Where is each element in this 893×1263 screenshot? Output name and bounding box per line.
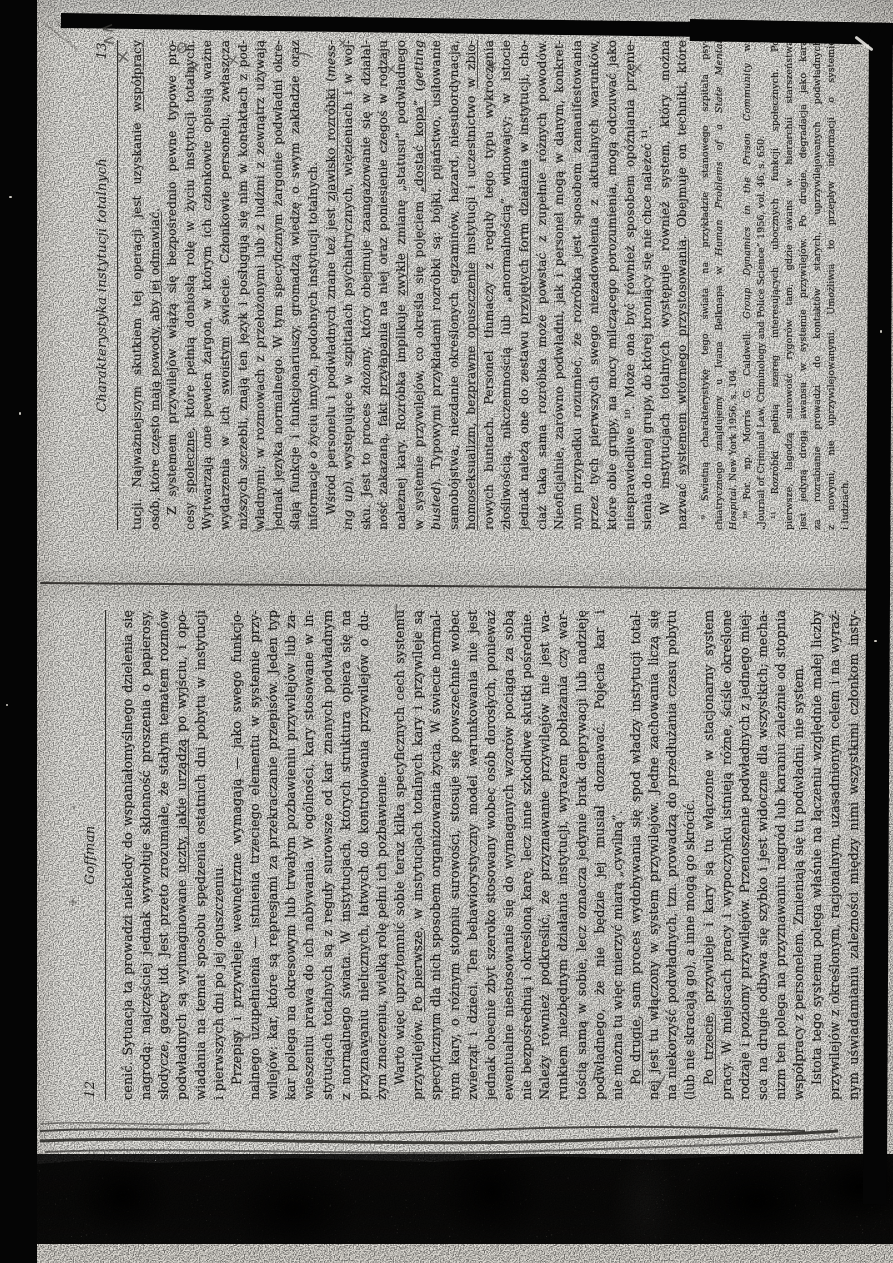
text-line: ing up), występujące w szpitalach psychi… <box>339 40 357 530</box>
scanner-border-left <box>0 0 37 1263</box>
footnotes-block: ⁹ Świetną charakterystykę tego świata na… <box>699 40 853 530</box>
text-line: Po drugie, sam proces wydobywania się sp… <box>628 610 646 1100</box>
text-line: informacje o życiu innych, podobnych ins… <box>304 40 322 530</box>
text-line: i pierwszych dni po jej opuszczeniu. <box>211 610 229 1100</box>
running-head-title: Goffman <box>83 610 98 1100</box>
text-line: współpracy z personelem. Zmieniają się t… <box>791 610 809 1100</box>
text-line: i ludziach. <box>839 40 853 530</box>
text-line: wiadania na temat sposobu spędzenia osta… <box>193 610 211 1100</box>
page-body-text: cenić. Sytuacja ta prowadzi niekiedy do … <box>120 610 864 1100</box>
text-line: przyznawaniu nielicznych, łatwych do kon… <box>356 610 374 1100</box>
text-line: Wytwarzają one pewien żargon, w którym i… <box>198 40 216 530</box>
text-line: władnymi; w rozmowach z przełożonymi lub… <box>251 40 269 530</box>
text-line: pierwsze, łagodzą surowość rygorów tam, … <box>783 40 797 530</box>
running-head-title: Charakterystyka instytucji totalnych <box>95 40 110 530</box>
text-line: kar polega na okresowym lub trwałym pozb… <box>283 610 301 1100</box>
border-dust-speck <box>19 412 21 415</box>
text-line: ciaż taka sama rozróbka może powstać z z… <box>533 40 551 530</box>
scan-dark-texture-band <box>37 1154 893 1247</box>
text-line: cenić. Sytuacja ta prowadzi niekiedy do … <box>120 610 138 1100</box>
text-line: podwładnego, że nie będzie jej musiał do… <box>592 610 610 1100</box>
text-line: złośliwością, nikczemnością lub „anormal… <box>497 40 515 530</box>
text-line: jednak obecnie zbyt szeroko stosowany wo… <box>483 610 501 1100</box>
text-line: wieszeniu prawa do ich nabywania. W ogól… <box>301 610 319 1100</box>
text-line: nie można tu więc mierzyć miarą „cywilną… <box>610 610 628 1100</box>
page-right: Charakterystyka instytucji totalnych 13 … <box>95 40 860 530</box>
text-line: jest jedyną drogą awansu w systemie przy… <box>797 40 811 530</box>
text-line: nym kary, o różnym stopniu surowości, st… <box>447 610 465 1100</box>
text-line: żym znaczeniu, wielką rolę pełni ich poz… <box>374 610 392 1100</box>
text-line: nym przypadku rozumieć, że rozróbka jest… <box>568 40 586 530</box>
border-dust-speck <box>6 704 8 706</box>
text-line: Hospital. New York 1956, s. 104. <box>727 40 741 530</box>
text-line: nym uświadamianiu zależności między nimi… <box>846 610 864 1100</box>
text-line: nizm ten polega na przyznawaniu nagród l… <box>773 610 791 1100</box>
text-line: ¹⁰ Por. np. Morris G. Caldwell: Group Dy… <box>741 40 755 530</box>
text-line: podwładnych są wyimaginowane uczty, jaki… <box>174 610 192 1100</box>
scan-bottom-margin <box>37 1244 893 1263</box>
text-line: za rozrabianie prowadzi do kontaktów sta… <box>811 40 825 530</box>
text-line: zwierząt i dzieci. Ten behawiorystyczny … <box>465 610 483 1100</box>
running-head-rule <box>117 40 118 530</box>
text-line: jednak należą one do zestawu przyjętych … <box>515 40 533 530</box>
text-line: rowych buntach. Personel tłumaczy z regu… <box>480 40 498 530</box>
text-line: (lub nie skracają go), a inne mogą go sk… <box>682 610 700 1100</box>
text-line: tością samą w sobie, lecz oznacza jedyni… <box>574 610 592 1100</box>
text-line: Warto więc uprzytomnić sobie teraz kilka… <box>392 610 410 1100</box>
text-line: chiatrycznego znajdujemy u Ivana Belknap… <box>713 40 727 530</box>
border-dust-speck <box>9 196 12 198</box>
text-line: ⁹ Świetną charakterystykę tego świata na… <box>699 40 713 530</box>
text-line: niższych szczebli, znają ten język i pos… <box>234 40 252 530</box>
running-head: 12 Goffman <box>83 610 103 1100</box>
text-line: przywilejów z określonym, racjonalnym, u… <box>827 610 845 1100</box>
text-line: które obie grupy, na mocy milczącego por… <box>603 40 621 530</box>
text-line: jednak języka normalnego. W tym specyfic… <box>269 40 287 530</box>
text-line: Po trzecie, przywileje i kary są tu włąc… <box>701 610 719 1100</box>
text-line: runkiem niezbędnym działania instytucji,… <box>555 610 573 1100</box>
text-line: rodzaje i poziomy przywilejów. Przenosze… <box>737 610 755 1100</box>
scan-dust-specks <box>160 43 162 45</box>
text-line: busted). Typowymi przykładami rozróbki s… <box>427 40 445 530</box>
text-line: wilejów: kar, które są represjami za prz… <box>265 610 283 1100</box>
text-line: nazwać systemem wtórnego przystosowania.… <box>673 40 691 530</box>
text-line: W instytucjach totalnych występuje równi… <box>656 40 674 530</box>
text-line: Należy również podkreślić, że przyznawan… <box>537 610 555 1100</box>
text-line: nie bezpośrednią i określoną karę, lecz … <box>519 610 537 1100</box>
scanned-book-spread: Charakterystyka instytucji totalnych 13 … <box>0 0 893 1263</box>
text-line: Nieoficjalnie, zarówno podwładni, jak i … <box>550 40 568 530</box>
text-line: osób, które często mają powody, aby jej … <box>146 40 164 530</box>
text-line: słodycze, gazety itd. Jest przeto zrozum… <box>156 610 174 1100</box>
text-line: stytucjach totalnych są z reguły surowsz… <box>320 610 338 1100</box>
text-line: przywilejów. Po pierwsze, w instytucjach… <box>410 610 428 1100</box>
text-line: w systemie przywilejów, co określa się p… <box>410 40 428 530</box>
text-line: ¹¹ Rozróbki pełnią szereg interesujących… <box>769 40 783 530</box>
text-line: Z systemem przywilejów wiążą się bezpośr… <box>163 40 181 530</box>
page-body-text: tucji. Najważniejszym skutkiem tej opera… <box>128 40 691 530</box>
text-line: na niekorzyść podwładnych, tzn. prowadzą… <box>664 610 682 1100</box>
page-number: 13 <box>95 42 110 59</box>
text-line: z normalnego świata. W instytucjach, któ… <box>338 610 356 1100</box>
text-line: sca na drugie odbywa się szybko i jest w… <box>755 610 773 1100</box>
border-dust-speck <box>880 330 882 333</box>
text-line: homoseksualizm, bezprawne opuszczenie in… <box>462 40 480 530</box>
text-line: nej jest tu włączony w system przywilejó… <box>646 610 664 1100</box>
running-head-rule <box>105 610 106 1100</box>
text-line: tucji. Najważniejszym skutkiem tej opera… <box>128 40 146 530</box>
text-line: specyficznym dla nich sposobem organizow… <box>428 610 446 1100</box>
page-left: 12 Goffman cenić. Sytuacja ta prowadzi n… <box>83 610 865 1100</box>
text-line: ślają funkcje i funkcjonariuszy, gromadz… <box>286 40 304 530</box>
text-line: niesprawiedliwe ¹⁰. Może ona być również… <box>621 40 639 530</box>
text-line: pracy. W miejscach pracy i wypoczynku is… <box>719 610 737 1100</box>
text-line: z nowymi, nie uprzywilejowanymi. Umożliw… <box>825 40 839 530</box>
text-line: ność zakazaną, fakt przyłapania na niej … <box>374 40 392 530</box>
text-line: przez tych pierwszych swego niezadowolen… <box>585 40 603 530</box>
running-head: Charakterystyka instytucji totalnych 13 <box>95 40 115 530</box>
text-line: należnej kary. Rozróbka implikuje zwykle… <box>392 40 410 530</box>
text-line: wydarzenia w ich swoistym świecie. Człon… <box>216 40 234 530</box>
text-line: „Journal of Criminal Law, Criminology an… <box>755 40 769 530</box>
text-line: sku. Jest to proces złożony, który obejm… <box>357 40 375 530</box>
text-line: ewentualne niestosowanie się do wymagany… <box>501 610 519 1100</box>
text-line: Wśród personelu i podwładnych znane też … <box>322 40 340 530</box>
text-line: Przepisy i przywileje wewnętrzne wymagaj… <box>229 610 247 1100</box>
text-line: nagrodą: najczęściej jednak wywołuje skł… <box>138 610 156 1100</box>
text-line: nalnego uzupełnienia — istnienia trzecie… <box>247 610 265 1100</box>
text-line: cesy społeczne, które pełnią doniosłą ro… <box>181 40 199 530</box>
text-line: samobójstwa, niezdanie określonych egzam… <box>445 40 463 530</box>
border-dust-speck <box>874 640 877 642</box>
text-line: sienia do innej grupy, do której broniąc… <box>638 40 656 530</box>
text-line: Istota tego systemu polega właśnie na łą… <box>809 610 827 1100</box>
